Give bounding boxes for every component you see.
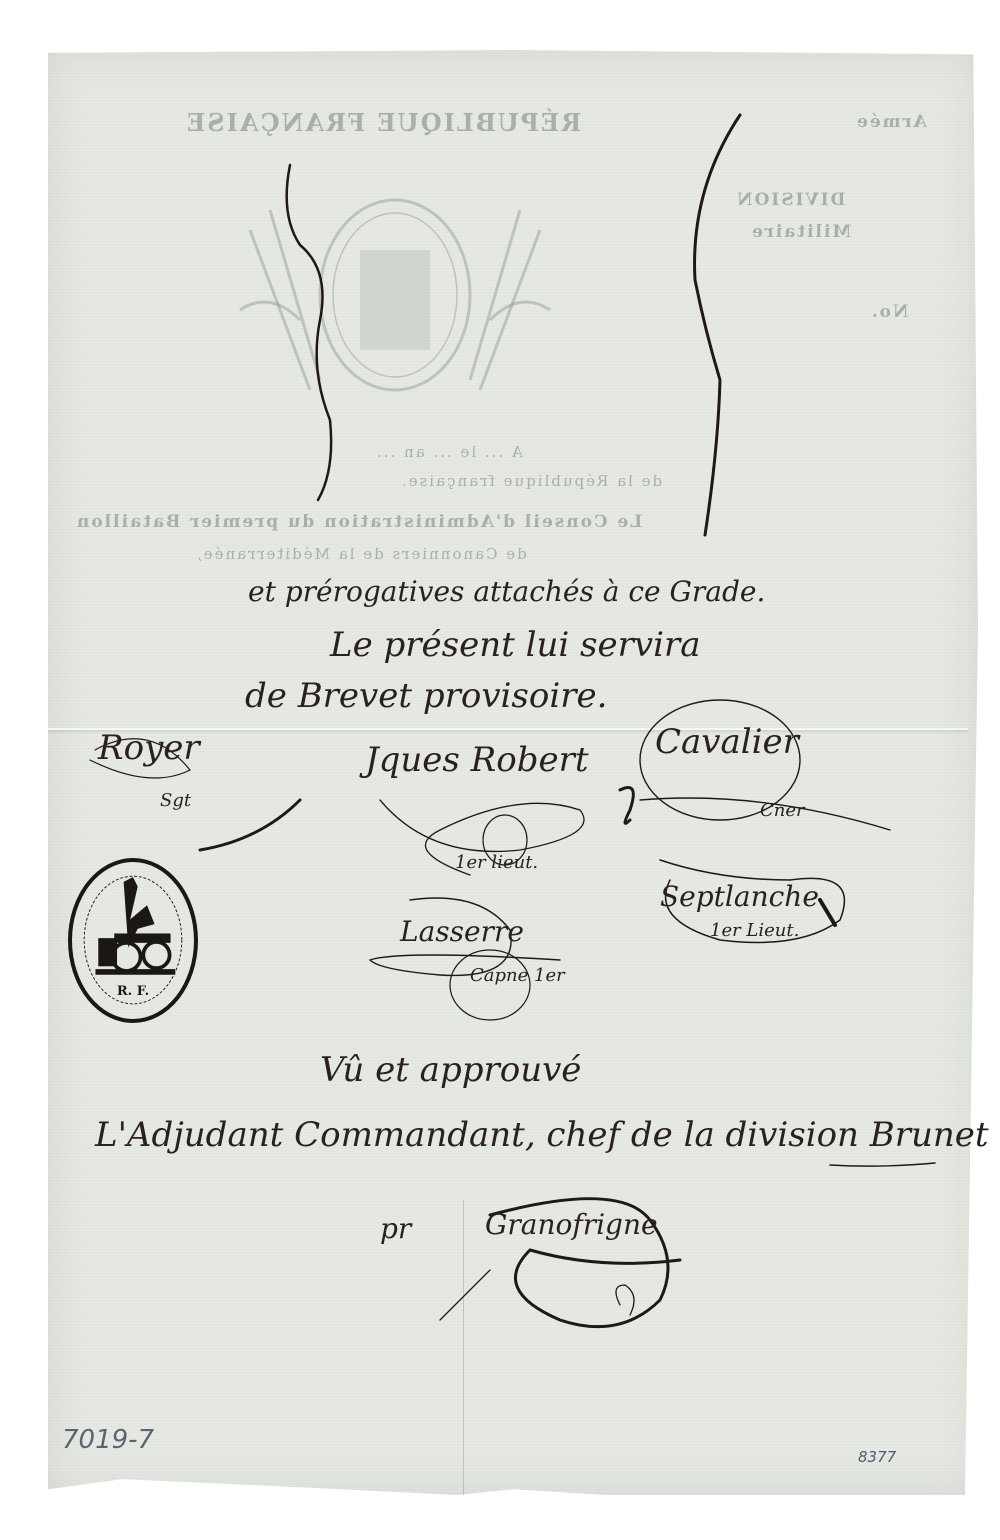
signature-royer-title: Sgt <box>160 790 191 811</box>
signature-lasserre-title: Capne 1er <box>470 965 565 986</box>
printed-council-line: Le Conseil d'Administration du premier B… <box>75 512 642 532</box>
printed-militaire-label: Militaire <box>750 222 851 242</box>
approval-line-2: L'Adjudant Commandant, chef de la divisi… <box>95 1115 989 1155</box>
signature-cavalier-title: Cner <box>760 800 805 821</box>
signature-cavalier: Cavalier <box>655 722 799 762</box>
signature-septlanche: Septlanche <box>660 880 819 913</box>
signature-robert: Jques Robert <box>365 740 589 780</box>
regimental-stamp: R. F. <box>68 858 198 1023</box>
signature-royer: Royer <box>98 728 200 768</box>
printed-division-label: DIVISION <box>735 190 845 210</box>
approval-line-1: Vû et approuvé <box>320 1050 581 1090</box>
signature-lasserre: Lasserre <box>400 915 524 948</box>
printed-date-line: A ... le ... an ... <box>375 443 523 461</box>
printed-armee-label: Armée <box>855 112 927 132</box>
approval-signer-prefix: pr <box>380 1212 411 1245</box>
printed-republic-line: de la République française. <box>400 472 662 490</box>
signature-septlanche-title: 1er Lieut. <box>710 920 799 941</box>
body-line-3: de Brevet provisoire. <box>245 676 607 716</box>
signature-robert-title: 1er lieut. <box>455 852 538 873</box>
vertical-fold-line <box>463 1200 464 1495</box>
body-line-2: Le présent lui servira <box>330 625 700 665</box>
printed-corps-line: de Canonniers de la Méditerranée, <box>195 545 527 563</box>
printed-title-bleedthrough: RÉPUBLIQUE FRANÇAISE <box>185 108 581 137</box>
approval-signature: Granofrigne <box>485 1208 658 1241</box>
body-line-1: et prérogatives attachés à ce Grade. <box>248 575 765 608</box>
archive-number-right: 8377 <box>858 1448 896 1466</box>
printed-number-label: No. <box>870 302 909 322</box>
archive-number-left: 7019-7 <box>62 1425 154 1455</box>
stamp-rf-text: R. F. <box>72 984 194 999</box>
embossed-emblem-icon <box>230 190 560 410</box>
